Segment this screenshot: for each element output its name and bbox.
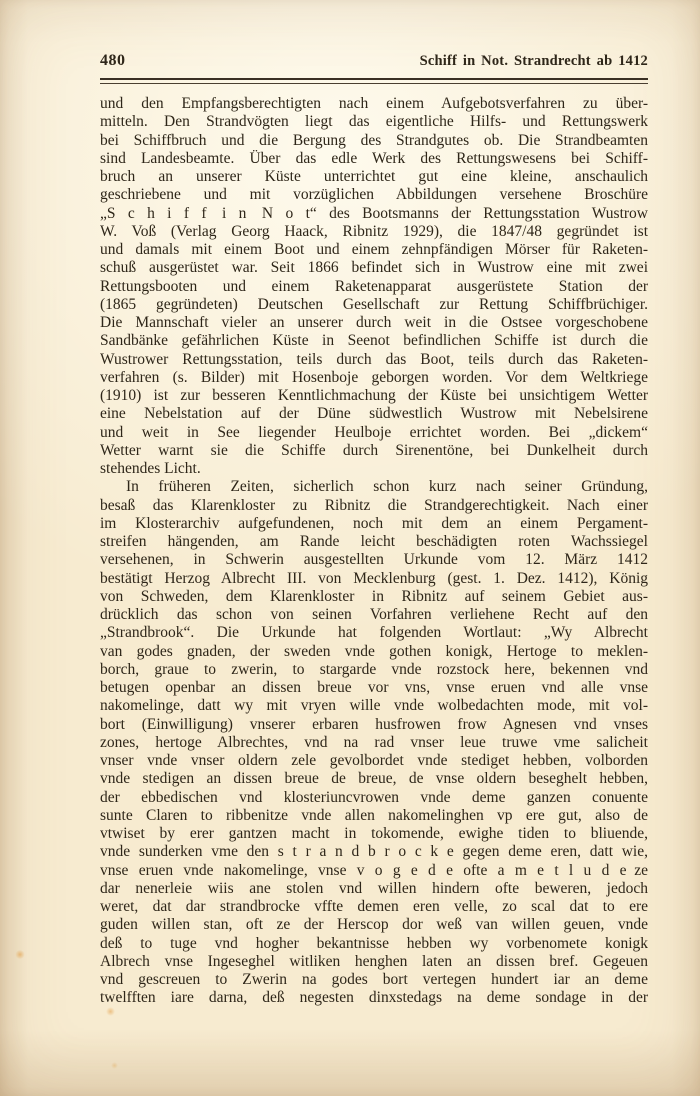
page-header: 480 Schiff in Not. Strandrecht ab 1412 <box>100 52 648 70</box>
text-line: bort (Einwilligung) vnserer erbaren husf… <box>100 716 648 734</box>
text-line: vnde stedigen an dissen breue de breue, … <box>100 770 648 788</box>
text-line: versehenen, in Schwerin ausgestellten Ur… <box>100 551 648 569</box>
text-line: vnser vnde vnser oldern zele gevolbordet… <box>100 752 648 770</box>
text-line: streifen hängenden, am Rande leicht besc… <box>100 533 648 551</box>
text-line: bei Schiffbruch und die Bergung des Stra… <box>100 132 648 150</box>
paper-stain <box>111 1062 118 1069</box>
text-line: (1865 gegründeten) Deutschen Gesellschaf… <box>100 296 648 314</box>
text-line: sunte Claren to ribbenitze vnde allen na… <box>100 807 648 825</box>
paragraph: und den Empfangsberechtigten nach einem … <box>100 95 648 478</box>
text-line: twelfften iare darna, deß negesten dinxs… <box>100 989 648 1007</box>
text-line: und den Empfangsberechtigten nach einem … <box>100 95 648 113</box>
text-line: „Strandbrook“. Die Urkunde hat folgenden… <box>100 624 648 642</box>
text-line: Die Mannschaft vieler an unserer durch w… <box>100 314 648 332</box>
text-line: vnd gescreuen to Zwerin na godes bort ve… <box>100 971 648 989</box>
text-line: mitteln. Den Strandvögten liegt das eige… <box>100 113 648 131</box>
text-line: drücklich das schon von seinen Vorfahren… <box>100 606 648 624</box>
scanned-book-page: 480 Schiff in Not. Strandrecht ab 1412 u… <box>0 0 700 1096</box>
text-line: deß to tuge vnd hogher bekantnisse hebbe… <box>100 935 648 953</box>
text-line: der ebbedischen vnd klosteriuncvrowen vn… <box>100 789 648 807</box>
text-line: In früheren Zeiten, sicherlich schon kur… <box>100 478 648 496</box>
text-line: geschriebene und mit vorzüglichen Abbild… <box>100 186 648 204</box>
text-line: im Klosterarchiv aufgefundenen, noch mit… <box>100 515 648 533</box>
paper-stain <box>106 1007 115 1016</box>
text-line: Rettungsbooten und einem Raketenapparat … <box>100 278 648 296</box>
running-title: Schiff in Not. Strandrecht ab 1412 <box>420 53 648 70</box>
header-rule <box>100 78 648 84</box>
paragraph: In früheren Zeiten, sicherlich schon kur… <box>100 478 648 1007</box>
text-line: Sandbänke gefährlichen Küste in Seenot b… <box>100 332 648 350</box>
text-line: guden willen stan, oft ze der Herscop do… <box>100 916 648 934</box>
text-line: vnse eruen vnde nakomelinge, vnse v o g … <box>100 862 648 880</box>
text-line: vnde sunderken vme den s t r a n d b r o… <box>100 843 648 861</box>
text-line: Albrech vnse Ingeseghel witliken henghen… <box>100 953 648 971</box>
text-line: und weit in See liegender Heulboje erric… <box>100 424 648 442</box>
text-line: bruch an unserer Küste unterrichtet gut … <box>100 168 648 186</box>
page-number: 480 <box>100 52 126 70</box>
text-line: dar nenerleie wiis ane stolen vnd willen… <box>100 880 648 898</box>
text-line: bestätigt Herzog Albrecht III. von Meckl… <box>100 570 648 588</box>
text-line: nakomelinge, datt wy mit vryen wille vnd… <box>100 697 648 715</box>
text-line: besaß das Klarenkloster zu Ribnitz die S… <box>100 497 648 515</box>
text-line: vtwiset by erer gantzen macht in tokomen… <box>100 825 648 843</box>
text-line: Wetter warnt sie die Schiffe durch Siren… <box>100 442 648 460</box>
text-line: van godes gnaden, der sweden vnde gothen… <box>100 643 648 661</box>
text-line: betugen openbar an dissen breue vor vns,… <box>100 679 648 697</box>
text-line: „S c h i f f i n N o t“ des Bootsmanns d… <box>100 205 648 223</box>
text-line: (1910) ist zur besseren Kenntlichmachung… <box>100 387 648 405</box>
text-line: Wustrower Rettungsstation, teils durch d… <box>100 351 648 369</box>
text-line: und damals mit einem Boot und einem zehn… <box>100 241 648 259</box>
text-line: verfahren (s. Bilder) mit Hosenboje gebo… <box>100 369 648 387</box>
text-line: eine Nebelstation auf der Düne südwestli… <box>100 405 648 423</box>
text-line: von Schweden, dem Klarenkloster in Ribni… <box>100 588 648 606</box>
text-line: sind Landesbeamte. Über das edle Werk de… <box>100 150 648 168</box>
text-line: schuß ausgerüstet war. Seit 1866 befinde… <box>100 259 648 277</box>
text-line: zones, hertoge Albrechtes, vnd na rad vn… <box>100 734 648 752</box>
text-line: W. Voß (Verlag Georg Haack, Ribnitz 1929… <box>100 223 648 241</box>
text-block: und den Empfangsberechtigten nach einem … <box>100 95 648 1008</box>
text-line: stehendes Licht. <box>100 460 648 478</box>
text-line: weret, dat dar strandbrocke vffte demen … <box>100 898 648 916</box>
text-line: borch, graue to zwerin, to stargarde vnd… <box>100 661 648 679</box>
paper-stain <box>15 950 25 959</box>
